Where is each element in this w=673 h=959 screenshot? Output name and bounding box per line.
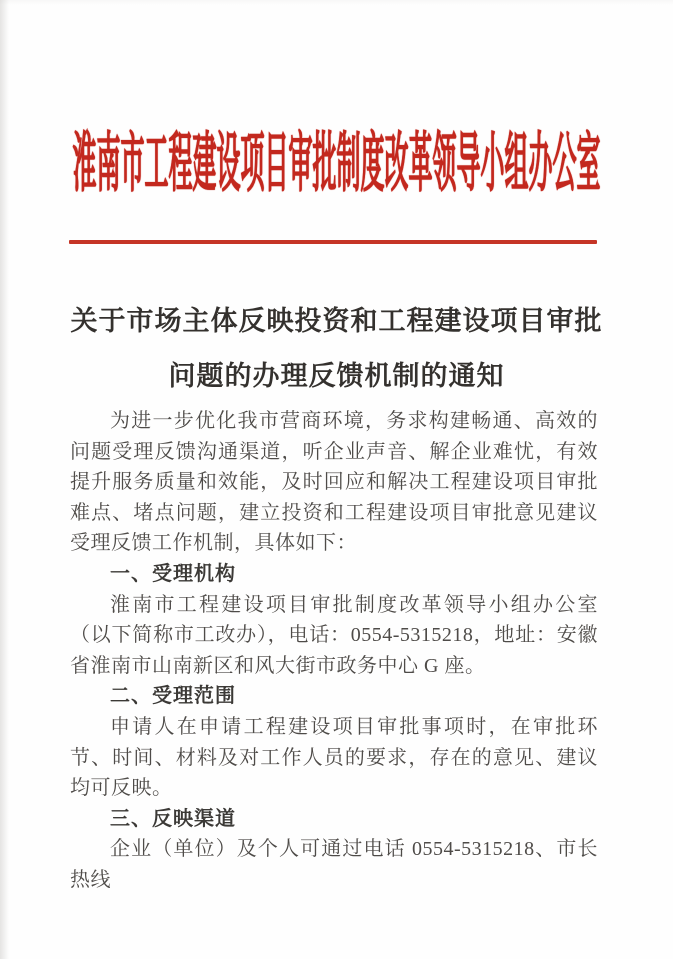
scan-shadow-top bbox=[0, 0, 673, 5]
section-1-text: 淮南市工程建设项目审批制度改革领导小组办公室（以下简称市工改办），电话：0554… bbox=[70, 590, 598, 682]
section-2-heading: 二、受理范围 bbox=[70, 681, 598, 712]
document-title-line-2: 问题的办理反馈机制的通知 bbox=[0, 349, 673, 404]
document-body: 为进一步优化我市营商环境，务求构建畅通、高效的问题受理反馈沟通渠道，听企业声音、… bbox=[70, 406, 598, 896]
document-title-line-1: 关于市场主体反映投资和工程建设项目审批 bbox=[0, 294, 673, 349]
section-2-text: 申请人在申请工程建设项目审批事项时，在审批环节、时间、材料及对工作人员的要求，存… bbox=[70, 712, 598, 804]
letterhead-divider bbox=[69, 240, 597, 244]
document-title: 关于市场主体反映投资和工程建设项目审批 问题的办理反馈机制的通知 bbox=[0, 294, 673, 404]
section-1-heading: 一、受理机构 bbox=[70, 559, 598, 590]
section-3-heading: 三、反映渠道 bbox=[70, 804, 598, 835]
intro-paragraph: 为进一步优化我市营商环境，务求构建畅通、高效的问题受理反馈沟通渠道，听企业声音、… bbox=[70, 406, 598, 559]
document-page: 淮南市工程建设项目审批制度改革领导小组办公室 关于市场主体反映投资和工程建设项目… bbox=[0, 0, 673, 959]
letterhead-org-name: 淮南市工程建设项目审批制度改革领导小组办公室 bbox=[73, 126, 601, 207]
letterhead: 淮南市工程建设项目审批制度改革领导小组办公室 bbox=[0, 151, 673, 184]
scan-shadow-left bbox=[0, 0, 9, 959]
section-3-text: 企业（单位）及个人可通过电话 0554-5315218、市长热线 bbox=[70, 834, 598, 895]
